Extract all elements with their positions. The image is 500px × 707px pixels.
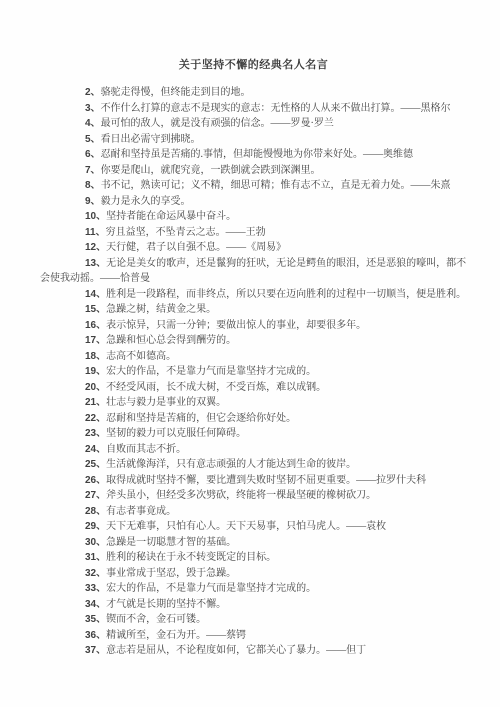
quote-number: 29、 xyxy=(85,521,106,532)
quote-item: 31、胜利的秘诀在于永不转变既定的目标。 xyxy=(40,550,467,566)
quote-text: 骆驼走得慢，但终能走到目的地。 xyxy=(101,87,251,98)
quote-item: 8、书不记，熟读可记；义不精，细思可精；惟有志不立，直是无着力处。——朱熹 xyxy=(40,178,467,194)
quote-number: 8、 xyxy=(85,180,101,191)
quote-number: 13、 xyxy=(85,258,106,269)
quote-item: 17、急躁和恒心总会得到酬劳的。 xyxy=(40,333,467,349)
quote-item: 10、坚持者能在命运风暴中奋斗。 xyxy=(40,209,467,225)
quote-number: 21、 xyxy=(85,397,106,408)
quote-item: 14、胜利是一段路程，而非终点，所以只要在迈向胜利的过程中一切顺当，便是胜利。 xyxy=(40,287,467,303)
quote-number: 20、 xyxy=(85,382,106,393)
quote-number: 16、 xyxy=(85,320,106,331)
quote-text: 表示惊异，只需一分钟；要做出惊人的事业，却要很多年。 xyxy=(106,320,366,331)
quote-item: 28、有志者事竟成。 xyxy=(40,504,467,520)
quote-text: 志高不如德高。 xyxy=(106,351,176,362)
quote-number: 6、 xyxy=(85,149,101,160)
quote-item: 34、才气就是长期的坚持不懈。 xyxy=(40,597,467,613)
quote-text: 最可怕的敌人，就是没有顽强的信念。——罗曼·罗兰 xyxy=(101,118,334,129)
quote-text: 斧头虽小，但经受多次劈砍，终能将一棵最坚硬的橡树砍刀。 xyxy=(106,490,376,501)
quote-number: 15、 xyxy=(85,304,106,315)
page-title: 关于坚持不懈的经典名人名言 xyxy=(40,56,467,72)
quote-number: 14、 xyxy=(85,289,106,300)
quote-number: 7、 xyxy=(85,165,101,176)
quote-item: 22、忍耐和坚持是苦痛的，但它会逐给你好处。 xyxy=(40,411,467,427)
quote-text: 自败而其志不折。 xyxy=(106,444,186,455)
quote-item: 33、宏大的作品，不是靠力气而是靠坚持才完成的。 xyxy=(40,581,467,597)
quote-item: 15、急躁之树，结黄金之果。 xyxy=(40,302,467,318)
quote-item: 16、表示惊异，只需一分钟；要做出惊人的事业，却要很多年。 xyxy=(40,318,467,334)
quote-text: 精诚所至，金石为开。——蔡锷 xyxy=(106,630,246,641)
quote-number: 19、 xyxy=(85,366,106,377)
quote-item: 37、意志若是屈从，不论程度如何，它都关心了暴力。——但丁 xyxy=(40,643,467,659)
quote-text: 天下无难事，只怕有心人。天下天易事，只怕马虎人。——袁枚 xyxy=(106,521,386,532)
quote-text: 坚持者能在命运风暴中奋斗。 xyxy=(106,211,236,222)
quote-number: 35、 xyxy=(85,614,106,625)
quote-text: 胜利是一段路程，而非终点，所以只要在迈向胜利的过程中一切顺当，便是胜利。 xyxy=(106,289,466,300)
quote-number: 31、 xyxy=(85,552,106,563)
quote-text: 宏大的作品，不是靠力气而是靠坚持才完成的。 xyxy=(106,583,316,594)
quote-number: 27、 xyxy=(85,490,106,501)
quote-list: 2、骆驼走得慢，但终能走到目的地。3、不作什么打算的意志不是现实的意志：无性格的… xyxy=(40,85,467,659)
quote-item: 27、斧头虽小，但经受多次劈砍，终能将一棵最坚硬的橡树砍刀。 xyxy=(40,488,467,504)
quote-text: 才气就是长期的坚持不懈。 xyxy=(106,599,226,610)
quote-text: 不经受风雨，长不成大树，不受百炼，难以成钢。 xyxy=(106,382,326,393)
quote-item: 3、不作什么打算的意志不是现实的意志：无性格的人从来不做出打算。——黑格尔 xyxy=(40,101,467,117)
quote-text: 事业常成于坚忍，毁于急躁。 xyxy=(106,568,236,579)
quote-number: 3、 xyxy=(85,103,101,114)
quote-number: 4、 xyxy=(85,118,101,129)
quote-text: 胜利的秘诀在于永不转变既定的目标。 xyxy=(106,552,276,563)
quote-number: 11、 xyxy=(85,227,106,238)
quote-text: 书不记，熟读可记；义不精，细思可精；惟有志不立，直是无着力处。——朱熹 xyxy=(101,180,451,191)
quote-item: 2、骆驼走得慢，但终能走到目的地。 xyxy=(40,85,467,101)
quote-number: 26、 xyxy=(85,475,106,486)
quote-item: 18、志高不如德高。 xyxy=(40,349,467,365)
quote-text: 穷且益坚，不坠青云之志。——王勃 xyxy=(106,227,266,238)
quote-text: 不作什么打算的意志不是现实的意志：无性格的人从来不做出打算。——黑格尔 xyxy=(101,103,451,114)
quote-item: 26、取得成就时坚持不懈，要比遭到失败时坚韧不屈更重要。——拉罗什夫科 xyxy=(40,473,467,489)
quote-number: 24、 xyxy=(85,444,106,455)
quote-text: 忍耐和坚持是苦痛的，但它会逐给你好处。 xyxy=(106,413,296,424)
quote-number: 23、 xyxy=(85,428,106,439)
quote-text: 急躁和恒心总会得到酬劳的。 xyxy=(106,335,236,346)
quote-text: 坚韧的毅力可以克服任何障碍。 xyxy=(106,428,246,439)
quote-item: 25、生活就像海洋，只有意志顽强的人才能达到生命的彼岸。 xyxy=(40,457,467,473)
quote-number: 34、 xyxy=(85,599,106,610)
quote-item: 9、毅力是永久的享受。 xyxy=(40,194,467,210)
quote-item: 13、无论是美女的歌声，还是鬣狗的狂吠，无论是鳄鱼的眼泪，还是恶狼的嚎叫，都不会… xyxy=(40,256,467,287)
quote-number: 12、 xyxy=(85,242,106,253)
quote-item: 29、天下无难事，只怕有心人。天下天易事，只怕马虎人。——袁枚 xyxy=(40,519,467,535)
quote-number: 28、 xyxy=(85,506,106,517)
quote-text: 有志者事竟成。 xyxy=(106,506,176,517)
quote-text: 你要是爬山，就爬究竟，一跌倒就会跌到深渊里。 xyxy=(101,165,321,176)
quote-text: 毅力是永久的享受。 xyxy=(101,196,191,207)
quote-number: 2、 xyxy=(85,87,101,98)
quote-item: 36、精诚所至，金石为开。——蔡锷 xyxy=(40,628,467,644)
quote-item: 11、穷且益坚，不坠青云之志。——王勃 xyxy=(40,225,467,241)
quote-item: 23、坚韧的毅力可以克服任何障碍。 xyxy=(40,426,467,442)
quote-text: 锲而不舍，金石可镂。 xyxy=(106,614,206,625)
quote-item: 20、不经受风雨，长不成大树，不受百炼，难以成钢。 xyxy=(40,380,467,396)
quote-text: 取得成就时坚持不懈，要比遭到失败时坚韧不屈更重要。——拉罗什夫科 xyxy=(106,475,426,486)
quote-item: 24、自败而其志不折。 xyxy=(40,442,467,458)
quote-text: 看日出必需守到拂晓。 xyxy=(101,134,201,145)
quote-item: 7、你要是爬山，就爬究竟，一跌倒就会跌到深渊里。 xyxy=(40,163,467,179)
quote-item: 35、锲而不舍，金石可镂。 xyxy=(40,612,467,628)
quote-item: 30、急躁是一切聪慧才智的基础。 xyxy=(40,535,467,551)
quote-text: 忍耐和坚持虽是苦痛的.事情，但却能慢慢地为你带来好处。——奥维德 xyxy=(101,149,414,160)
quote-text: 生活就像海洋，只有意志顽强的人才能达到生命的彼岸。 xyxy=(106,459,356,470)
quote-number: 37、 xyxy=(85,645,106,656)
quote-number: 33、 xyxy=(85,583,106,594)
quote-number: 5、 xyxy=(85,134,101,145)
document-page: 关于坚持不懈的经典名人名言 2、骆驼走得慢，但终能走到目的地。3、不作什么打算的… xyxy=(0,0,500,707)
quote-number: 10、 xyxy=(85,211,106,222)
quote-number: 32、 xyxy=(85,568,106,579)
quote-text: 急躁之树，结黄金之果。 xyxy=(106,304,216,315)
quote-item: 12、天行健，君子以自强不息。——《周易》 xyxy=(40,240,467,256)
quote-item: 5、看日出必需守到拂晓。 xyxy=(40,132,467,148)
quote-number: 17、 xyxy=(85,335,106,346)
quote-item: 4、最可怕的敌人，就是没有顽强的信念。——罗曼·罗兰 xyxy=(40,116,467,132)
quote-item: 21、壮志与毅力是事业的双翼。 xyxy=(40,395,467,411)
quote-text: 意志若是屈从，不论程度如何，它都关心了暴力。——但丁 xyxy=(106,645,366,656)
quote-number: 22、 xyxy=(85,413,106,424)
quote-number: 9、 xyxy=(85,196,101,207)
quote-number: 18、 xyxy=(85,351,106,362)
quote-item: 6、忍耐和坚持虽是苦痛的.事情，但却能慢慢地为你带来好处。——奥维德 xyxy=(40,147,467,163)
quote-number: 30、 xyxy=(85,537,106,548)
quote-text: 壮志与毅力是事业的双翼。 xyxy=(106,397,226,408)
quote-text: 天行健，君子以自强不息。——《周易》 xyxy=(106,242,286,253)
quote-item: 32、事业常成于坚忍，毁于急躁。 xyxy=(40,566,467,582)
quote-number: 36、 xyxy=(85,630,106,641)
quote-text: 急躁是一切聪慧才智的基础。 xyxy=(106,537,236,548)
quote-text: 宏大的作品，不是靠力气而是靠坚持才完成的。 xyxy=(106,366,316,377)
quote-item: 19、宏大的作品，不是靠力气而是靠坚持才完成的。 xyxy=(40,364,467,380)
quote-number: 25、 xyxy=(85,459,106,470)
